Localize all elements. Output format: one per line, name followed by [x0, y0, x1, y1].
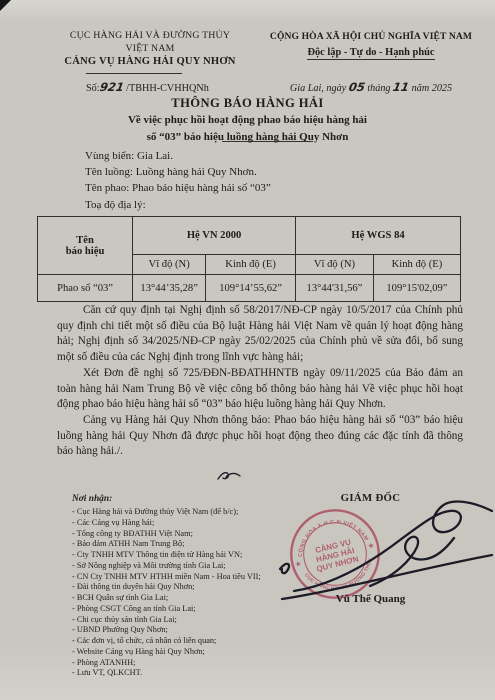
org-name: CẢNG VỤ HÀNG HẢI QUY NHƠN — [42, 56, 258, 67]
recipient-item: - Lưu VT, QLKCHT. — [72, 668, 292, 679]
date-day-handwritten: 05 — [348, 80, 366, 94]
motto-line1: CỘNG HÒA XÃ HỘI CHỦ NGHĨA VIỆT NAM — [262, 31, 480, 42]
paragraph-announcement: Cảng vụ Hàng hải Quy Nhơn thông báo: Pha… — [57, 413, 463, 460]
cell-vn2000-lat: 13°44’35,28” — [133, 275, 206, 302]
recipient-item: - Website Cảng vụ Hàng hải Quy Nhơn; — [72, 647, 292, 658]
recipients-block: Nơi nhận: - Cục Hàng hải và Đường thủy V… — [72, 494, 292, 679]
document-number-line: Số:921 /TBHH-CVHHQNh — [86, 80, 209, 94]
recipient-item: - Chi cục thủy sản tỉnh Gia Lai; — [72, 615, 292, 626]
document-title-block: THÔNG BÁO HÀNG HẢI Về việc phục hồi hoạt… — [0, 96, 495, 144]
document-subtitle-line1: Về việc phục hồi hoạt động phao báo hiệu… — [0, 113, 495, 128]
recipient-item: - BCH Quân sự tỉnh Gia Lai; — [72, 593, 292, 604]
coordinates-table: Tên báo hiệu Hệ VN 2000 Hệ WGS 84 Vĩ độ … — [37, 216, 461, 302]
recipient-item: - Tổng công ty BĐATHH Việt Nam; — [72, 529, 292, 540]
table-subheader-wgs84-lon: Kinh độ (E) — [373, 255, 460, 275]
cell-wgs84-lon: 109°15'02,09” — [373, 275, 460, 302]
recipient-item: - Đài thông tin duyên hải Quy Nhơn; — [72, 582, 292, 593]
recipient-item: - Phòng CSGT Công an tỉnh Gia Lai; — [72, 604, 292, 615]
doc-number-suffix: /TBHH-CVHHQNh — [126, 83, 209, 94]
table-header-vn2000: Hệ VN 2000 — [133, 217, 296, 255]
date-line: Gia Lai, ngày 05 tháng 11 năm 2025 — [262, 80, 480, 94]
org-name-underline — [86, 73, 182, 74]
recipients-header: Nơi nhận: — [72, 494, 292, 504]
doc-number-handwritten: 921 — [98, 80, 124, 94]
buoy-info-block: Vùng biển: Gia Lai. Tên luồng: Luồng hàn… — [85, 148, 271, 213]
recipient-item: - Bảo đảm ATHH Nam Trung Bộ; — [72, 539, 292, 550]
info-channel-name: Tên luồng: Luồng hàng hải Quy Nhơn. — [85, 164, 271, 180]
recipient-item: - Các Cảng vụ Hàng hải; — [72, 518, 292, 529]
recipient-item: - Phòng ATANHH; — [72, 658, 292, 669]
date-month-handwritten: 11 — [392, 80, 410, 94]
signer-name: Vũ Thế Quang — [278, 593, 463, 605]
recipient-item: - CN Cty TNHH MTV HTHH miền Nam - Hoa ti… — [72, 572, 292, 583]
info-coordinates-label: Toạ độ địa lý: — [85, 197, 271, 213]
body-paragraphs: Căn cứ quy định tại Nghị định số 58/2017… — [57, 303, 463, 460]
recipient-item: - Cty TNHH MTV Thông tin điện tử Hàng hả… — [72, 550, 292, 561]
motto-line2: Độc lập - Tự do - Hạnh phúc — [307, 47, 434, 60]
date-prefix: Gia Lai, ngày — [290, 83, 346, 94]
recipients-list: - Cục Hàng hải và Đường thủy Việt Nam (đ… — [72, 507, 292, 679]
scan-corner-mark — [0, 0, 11, 11]
table-subheader-wgs84-lat: Vĩ độ (N) — [296, 255, 374, 275]
parent-org-line1: CỤC HÀNG HẢI VÀ ĐƯỜNG THỦY — [42, 30, 258, 43]
paragraph-request: Xét Đơn đề nghị số 725/ĐĐN-BĐATHHNTB ngà… — [57, 366, 463, 413]
table-row: Phao số “03” 13°44’35,28” 109°14’55,62” … — [38, 275, 461, 302]
cell-wgs84-lat: 13°44'31,56” — [296, 275, 374, 302]
table-subheader-vn2000-lon: Kinh độ (E) — [206, 255, 296, 275]
recipient-item: - Sở Nông nghiệp và Môi trường tỉnh Gia … — [72, 561, 292, 572]
paragraph-legal-basis: Căn cứ quy định tại Nghị định số 58/2017… — [57, 303, 463, 366]
subtitle-underline — [222, 141, 313, 142]
info-sea-area: Vùng biển: Gia Lai. — [85, 148, 271, 164]
cell-buoy-name: Phao số “03” — [38, 275, 133, 302]
cell-vn2000-lon: 109°14’55,62” — [206, 275, 296, 302]
info-buoy-name: Tên phao: Phao báo hiệu hàng hải số “03” — [85, 180, 271, 196]
director-signature — [278, 489, 495, 605]
issuer-header: CỤC HÀNG HẢI VÀ ĐƯỜNG THỦY VIỆT NAM CẢNG… — [42, 30, 258, 67]
doc-number-label: Số: — [86, 83, 100, 94]
table-subheader-vn2000-lat: Vĩ độ (N) — [133, 255, 206, 275]
national-header: CỘNG HÒA XÃ HỘI CHỦ NGHĨA VIỆT NAM Độc l… — [262, 31, 480, 60]
scanned-document-page: CỤC HÀNG HẢI VÀ ĐƯỜNG THỦY VIỆT NAM CẢNG… — [0, 0, 495, 700]
document-title: THÔNG BÁO HÀNG HẢI — [0, 96, 495, 111]
table-header-buoy-name: Tên báo hiệu — [38, 217, 133, 275]
handwritten-initials-mark — [216, 467, 242, 483]
recipient-item: - Cục Hàng hải và Đường thủy Việt Nam (đ… — [72, 507, 292, 518]
recipient-item: - UBND Phường Quy Nhơn; — [72, 625, 292, 636]
table-header-wgs84: Hệ WGS 84 — [296, 217, 461, 255]
recipient-item: - Các đơn vị, tổ chức, cá nhân có liên q… — [72, 636, 292, 647]
parent-org-line2: VIỆT NAM — [42, 43, 258, 56]
date-suffix: năm 2025 — [412, 83, 452, 94]
date-middle: tháng — [367, 83, 390, 94]
